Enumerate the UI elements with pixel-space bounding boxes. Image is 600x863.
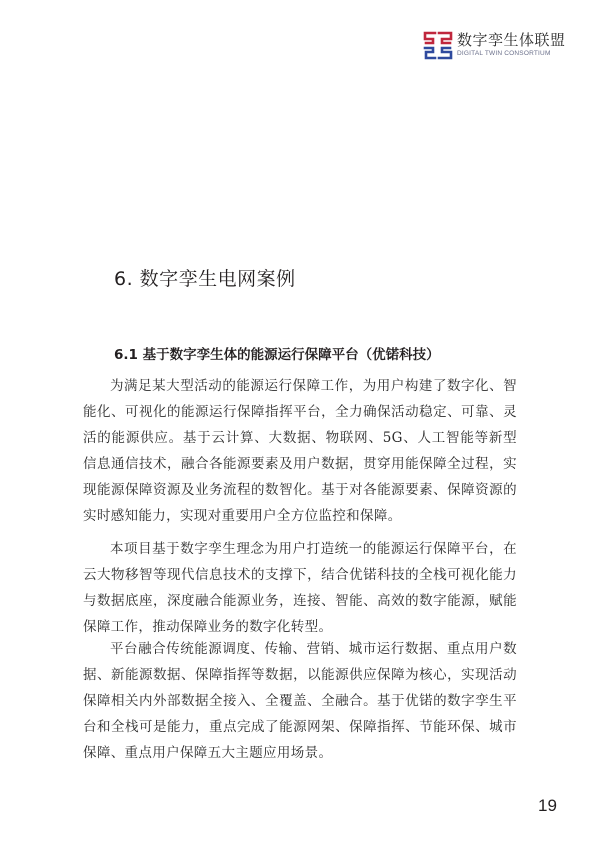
paragraph-2: 本项目基于数字孪生理念为用户打造统一的能源运行保障平台，在云大物移智等现代信息技… [83,536,517,640]
paragraph-1: 为满足某大型活动的能源运行保障工作，为用户构建了数字化、智能化、可视化的能源运行… [83,373,517,529]
consortium-logo: 数字孪生体联盟 DIGITAL TWIN CONSORTIUM [423,30,566,61]
logo-english-name: DIGITAL TWIN CONSORTIUM [457,51,566,58]
chapter-title: 6. 数字孪生电网案例 [114,264,296,291]
digital-twin-logo-icon [423,30,453,61]
paragraph-3: 平台融合传统能源调度、传输、营销、城市运行数据、重点用户数据、新能源数据、保障指… [83,636,517,766]
logo-chinese-name: 数字孪生体联盟 [457,33,566,48]
page-number: 19 [538,796,557,816]
section-title: 6.1 基于数字孪生体的能源运行保障平台（优锘科技） [114,343,440,363]
